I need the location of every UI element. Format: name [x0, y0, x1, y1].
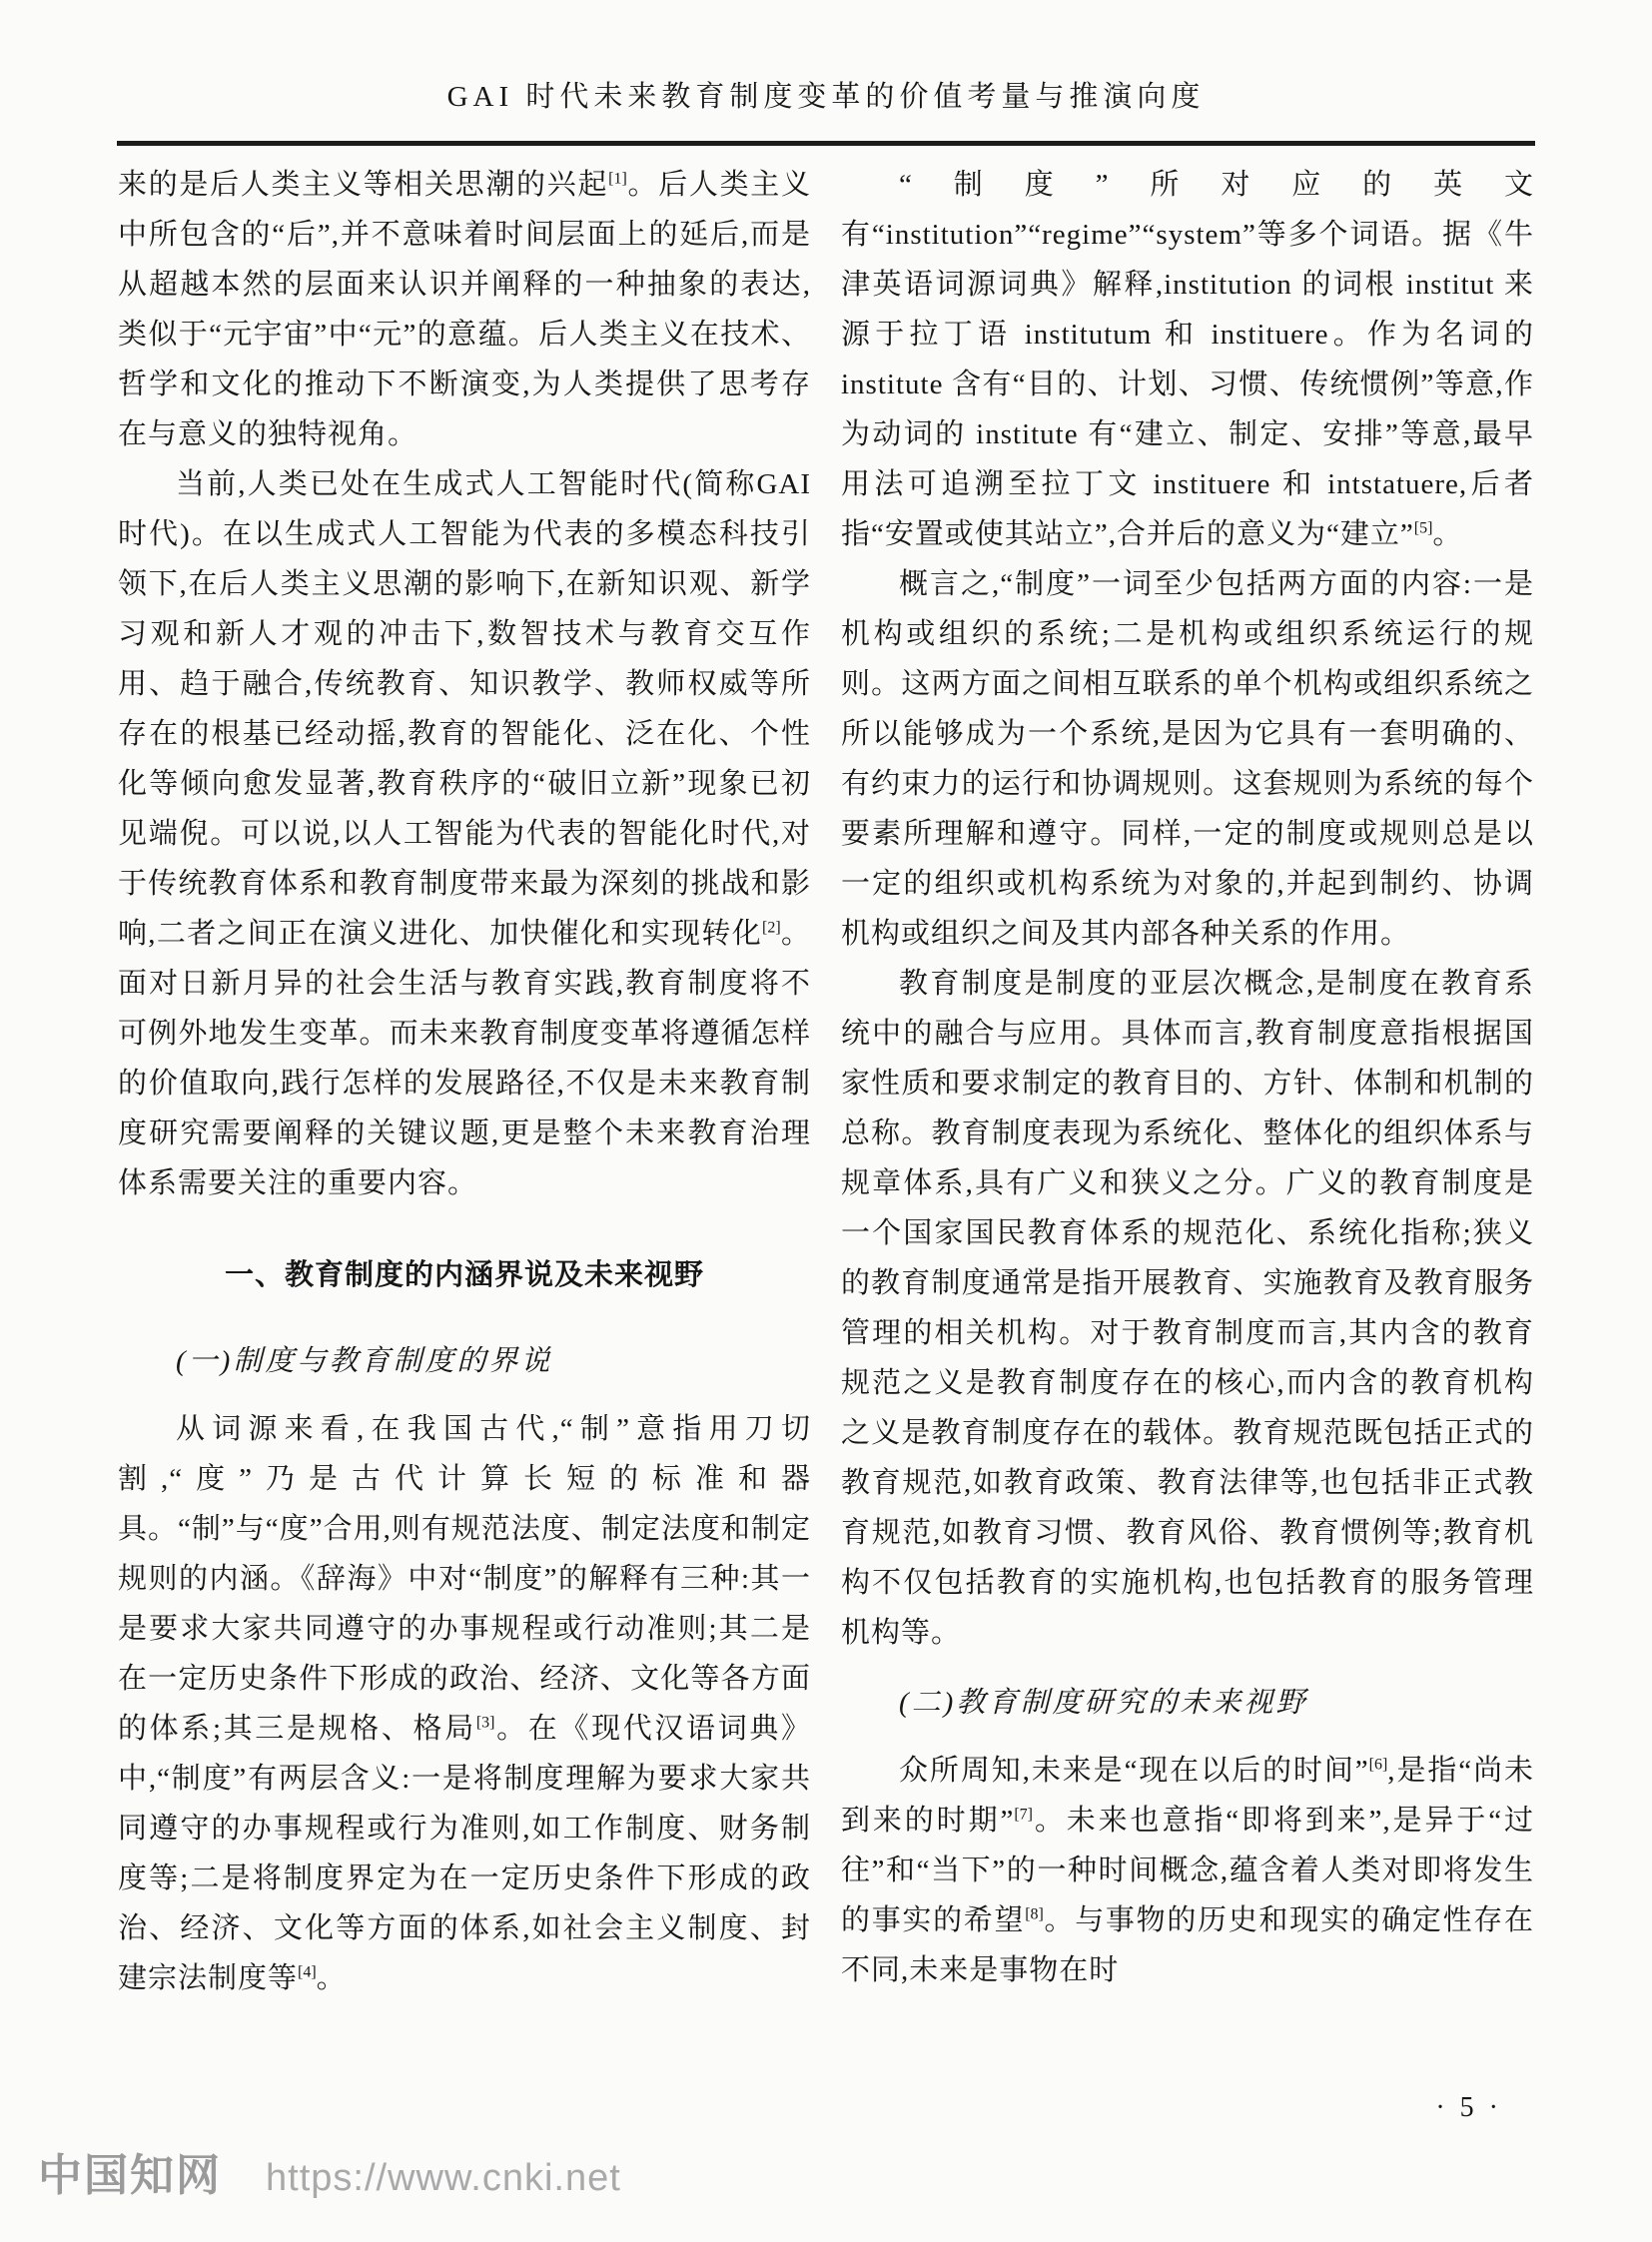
page-header: GAI 时代未来教育制度变革的价值考量与推演向度 — [0, 0, 1652, 115]
reference-marker: [5] — [1414, 519, 1433, 536]
page-number: · 5 · — [1435, 2092, 1502, 2124]
cnki-url-text: https://www.cnki.net — [266, 2157, 621, 2200]
paragraph: 从词源来看,在我国古代,“制”意指用刀切割,“度”乃是古代计算长短的标准和器具。… — [118, 1404, 811, 2003]
cnki-logo-text: 中国知网 — [38, 2139, 222, 2203]
column-left: 来的是后人类主义等相关思潮的兴起[1]。后人类主义中所包含的“后”,并不意味着时… — [118, 160, 811, 2073]
content-columns: 来的是后人类主义等相关思潮的兴起[1]。后人类主义中所包含的“后”,并不意味着时… — [0, 146, 1652, 2073]
paragraph: 众所周知,未来是“现在以后的时间”[6],是指“尚未到来的时期”[7]。未来也意… — [841, 1746, 1534, 1995]
reference-marker: [1] — [608, 170, 627, 187]
reference-marker: [6] — [1369, 1756, 1388, 1773]
reference-marker: [3] — [476, 1714, 495, 1731]
reference-marker: [7] — [1014, 1806, 1033, 1823]
subsection-heading: (二)教育制度研究的未来视野 — [841, 1678, 1534, 1728]
reference-marker: [2] — [762, 919, 781, 936]
column-right: “制度”所对应的英文有“institution”“regime”“system”… — [841, 160, 1534, 2073]
page-title: GAI 时代未来教育制度变革的价值考量与推演向度 — [0, 74, 1652, 115]
reference-marker: [8] — [1025, 1905, 1044, 1922]
paragraph: 当前,人类已处在生成式人工智能时代(简称GAI 时代)。在以生成式人工智能为代表… — [118, 459, 811, 1208]
reference-marker: [4] — [298, 1963, 317, 1980]
footer-watermark: 中国知网 https://www.cnki.net — [38, 2139, 621, 2203]
paragraph: 来的是后人类主义等相关思潮的兴起[1]。后人类主义中所包含的“后”,并不意味着时… — [118, 160, 811, 459]
document-page: GAI 时代未来教育制度变革的价值考量与推演向度 来的是后人类主义等相关思潮的兴… — [0, 0, 1652, 2242]
subsection-heading: (一)制度与教育制度的界说 — [118, 1336, 811, 1386]
paragraph: 教育制度是制度的亚层次概念,是制度在教育系统中的融合与应用。具体而言,教育制度意… — [841, 959, 1534, 1658]
paragraph: “制度”所对应的英文有“institution”“regime”“system”… — [841, 160, 1534, 559]
section-heading: 一、教育制度的内涵界说及未来视野 — [118, 1250, 811, 1300]
paragraph: 概言之,“制度”一词至少包括两方面的内容:一是机构或组织的系统;二是机构或组织系… — [841, 559, 1534, 959]
